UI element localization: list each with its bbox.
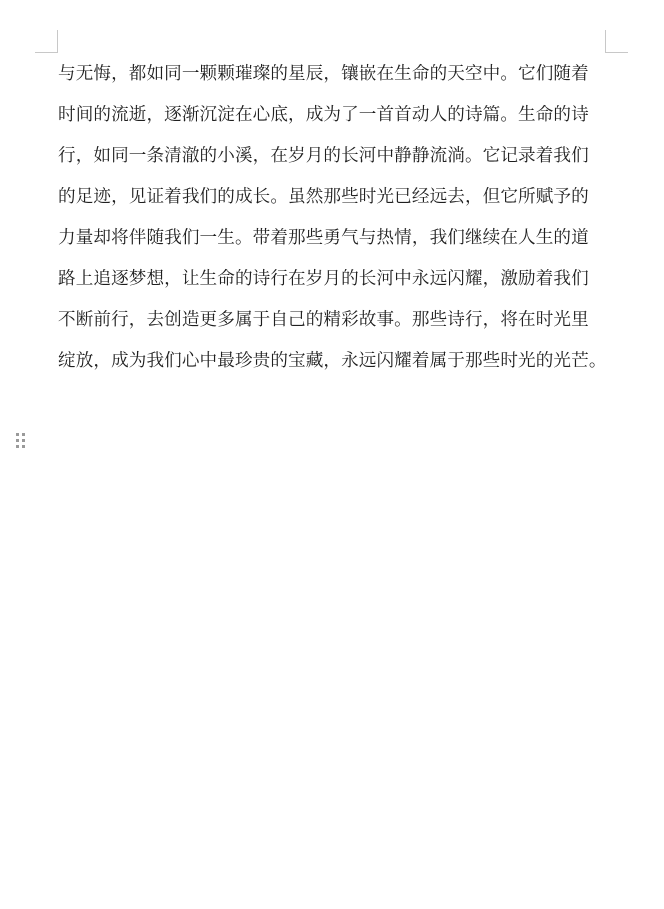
- document-body[interactable]: 与无悔，都如同一颗颗璀璨的星辰，镶嵌在生命的天空中。它们随着 时间的流逝，逐渐沉…: [58, 59, 608, 387]
- paragraph-line: 与无悔，都如同一颗颗璀璨的星辰，镶嵌在生命的天空中。它们随着: [58, 59, 608, 100]
- drag-handle-icon[interactable]: [16, 433, 25, 450]
- drag-dot: [22, 433, 25, 436]
- margin-corner-top-right: [605, 30, 628, 53]
- document-page[interactable]: 与无悔，都如同一颗颗璀璨的星辰，镶嵌在生命的天空中。它们随着 时间的流逝，逐渐沉…: [0, 0, 664, 909]
- drag-dot: [16, 433, 19, 436]
- paragraph-line: 力量却将伴随我们一生。带着那些勇气与热情，我们继续在人生的道: [58, 223, 608, 264]
- drag-dot: [16, 445, 19, 448]
- margin-corner-top-left: [35, 30, 58, 53]
- paragraph-line: 绽放，成为我们心中最珍贵的宝藏，永远闪耀着属于那些时光的光芒。: [58, 346, 608, 387]
- paragraph-line: 的足迹，见证着我们的成长。虽然那些时光已经远去，但它所赋予的: [58, 182, 608, 223]
- drag-dot: [16, 439, 19, 442]
- paragraph-line: 路上追逐梦想，让生命的诗行在岁月的长河中永远闪耀，激励着我们: [58, 264, 608, 305]
- drag-dot: [22, 439, 25, 442]
- paragraph-line: 不断前行，去创造更多属于自己的精彩故事。那些诗行，将在时光里: [58, 305, 608, 346]
- paragraph-line: 行，如同一条清澈的小溪，在岁月的长河中静静流淌。它记录着我们: [58, 141, 608, 182]
- paragraph-line: 时间的流逝，逐渐沉淀在心底，成为了一首首动人的诗篇。生命的诗: [58, 100, 608, 141]
- drag-dot: [22, 445, 25, 448]
